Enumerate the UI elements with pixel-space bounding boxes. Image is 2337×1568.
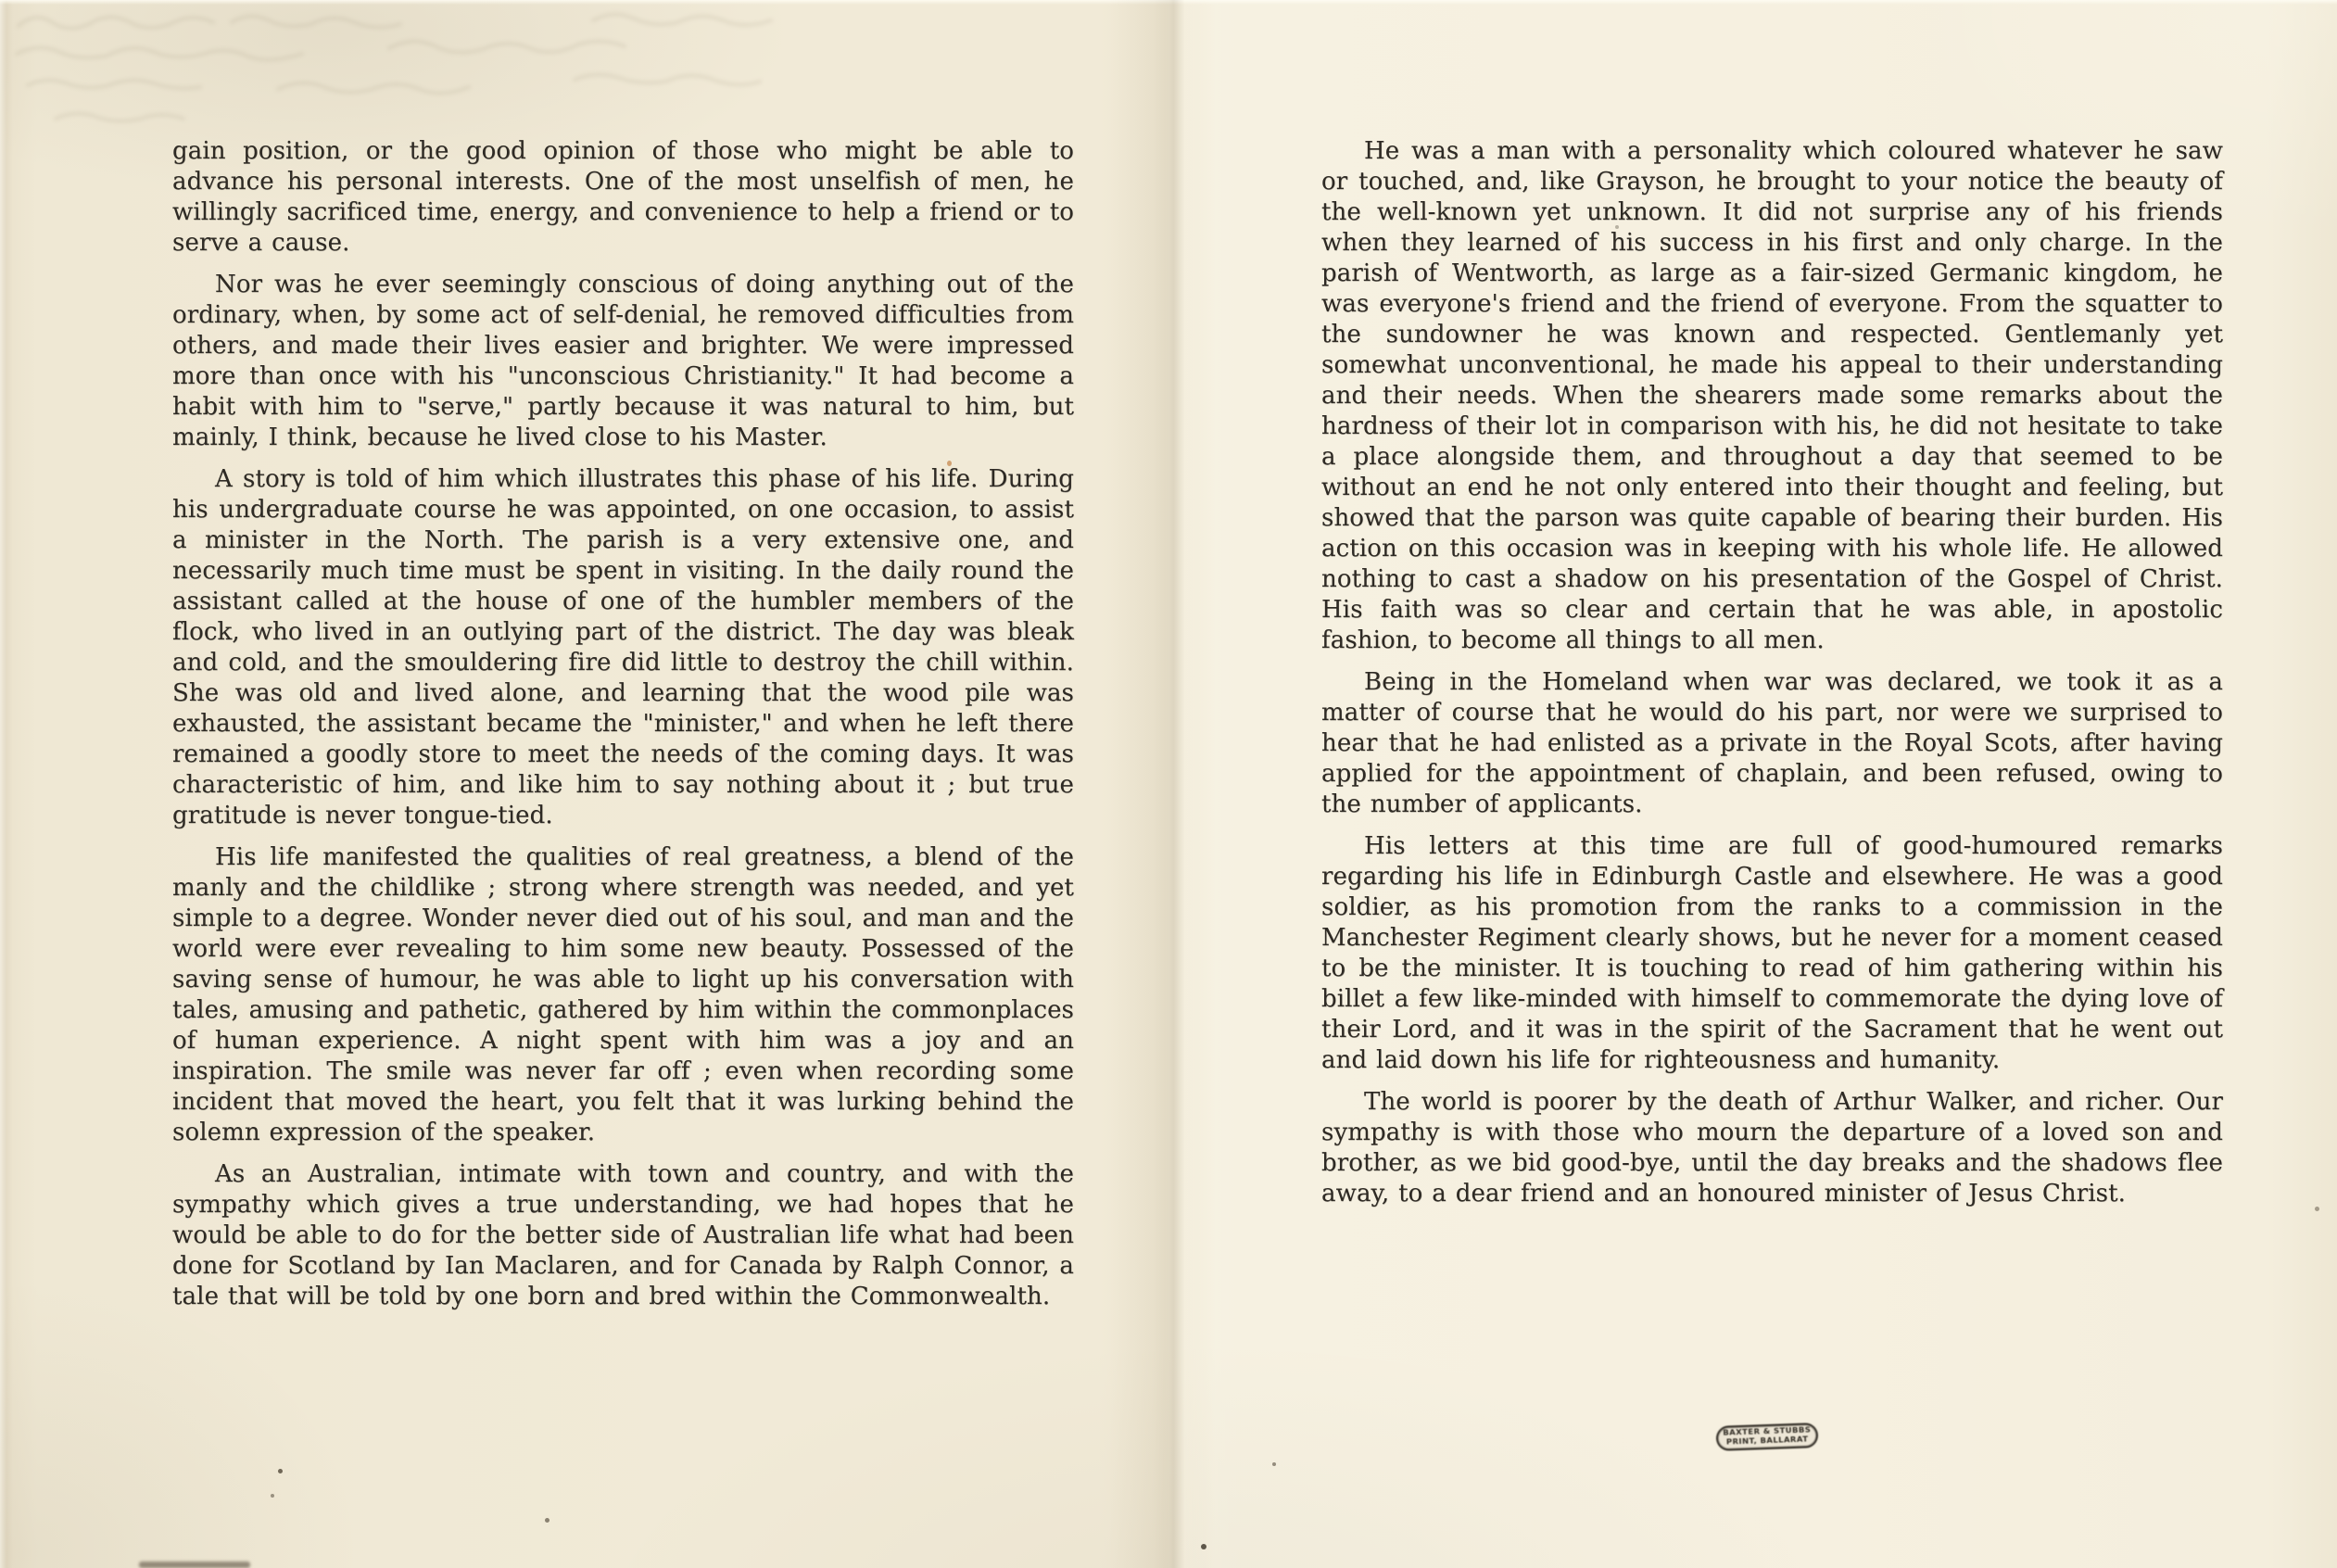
paragraph: The world is poorer by the death of Arth… xyxy=(1321,1087,2223,1209)
paragraph: Being in the Homeland when war was decla… xyxy=(1321,667,2223,820)
paragraph: He was a man with a personality which co… xyxy=(1321,136,2223,656)
paper-speck xyxy=(271,1494,274,1498)
paragraph: Nor was he ever seemingly conscious of d… xyxy=(172,270,1074,453)
right-page-text-column: He was a man with a personality which co… xyxy=(1321,136,2223,1220)
paper-speck xyxy=(2315,1207,2319,1211)
paper-speck xyxy=(1272,1462,1276,1466)
paragraph: A story is told of him which illustrates… xyxy=(172,464,1074,831)
paper-speck xyxy=(545,1518,550,1523)
scanned-page-spread: gain position, or the good opinion of th… xyxy=(0,0,2337,1568)
paragraph: His life manifested the qualities of rea… xyxy=(172,842,1074,1148)
paragraph: His letters at this time are full of goo… xyxy=(1321,831,2223,1076)
printer-stamp: BAXTER & STUBBS PRINT, BALLARAT xyxy=(1716,1423,1819,1451)
page-edge-smudge xyxy=(139,1562,250,1568)
page-gutter-fold xyxy=(1108,0,1247,1568)
printer-stamp-line2: PRINT, BALLARAT xyxy=(1726,1435,1809,1447)
left-page-text-column: gain position, or the good opinion of th… xyxy=(172,136,1074,1323)
paragraph: gain position, or the good opinion of th… xyxy=(172,136,1074,259)
paragraph: As an Australian, intimate with town and… xyxy=(172,1159,1074,1312)
paper-speck xyxy=(278,1469,283,1473)
paper-speck xyxy=(1201,1544,1206,1549)
